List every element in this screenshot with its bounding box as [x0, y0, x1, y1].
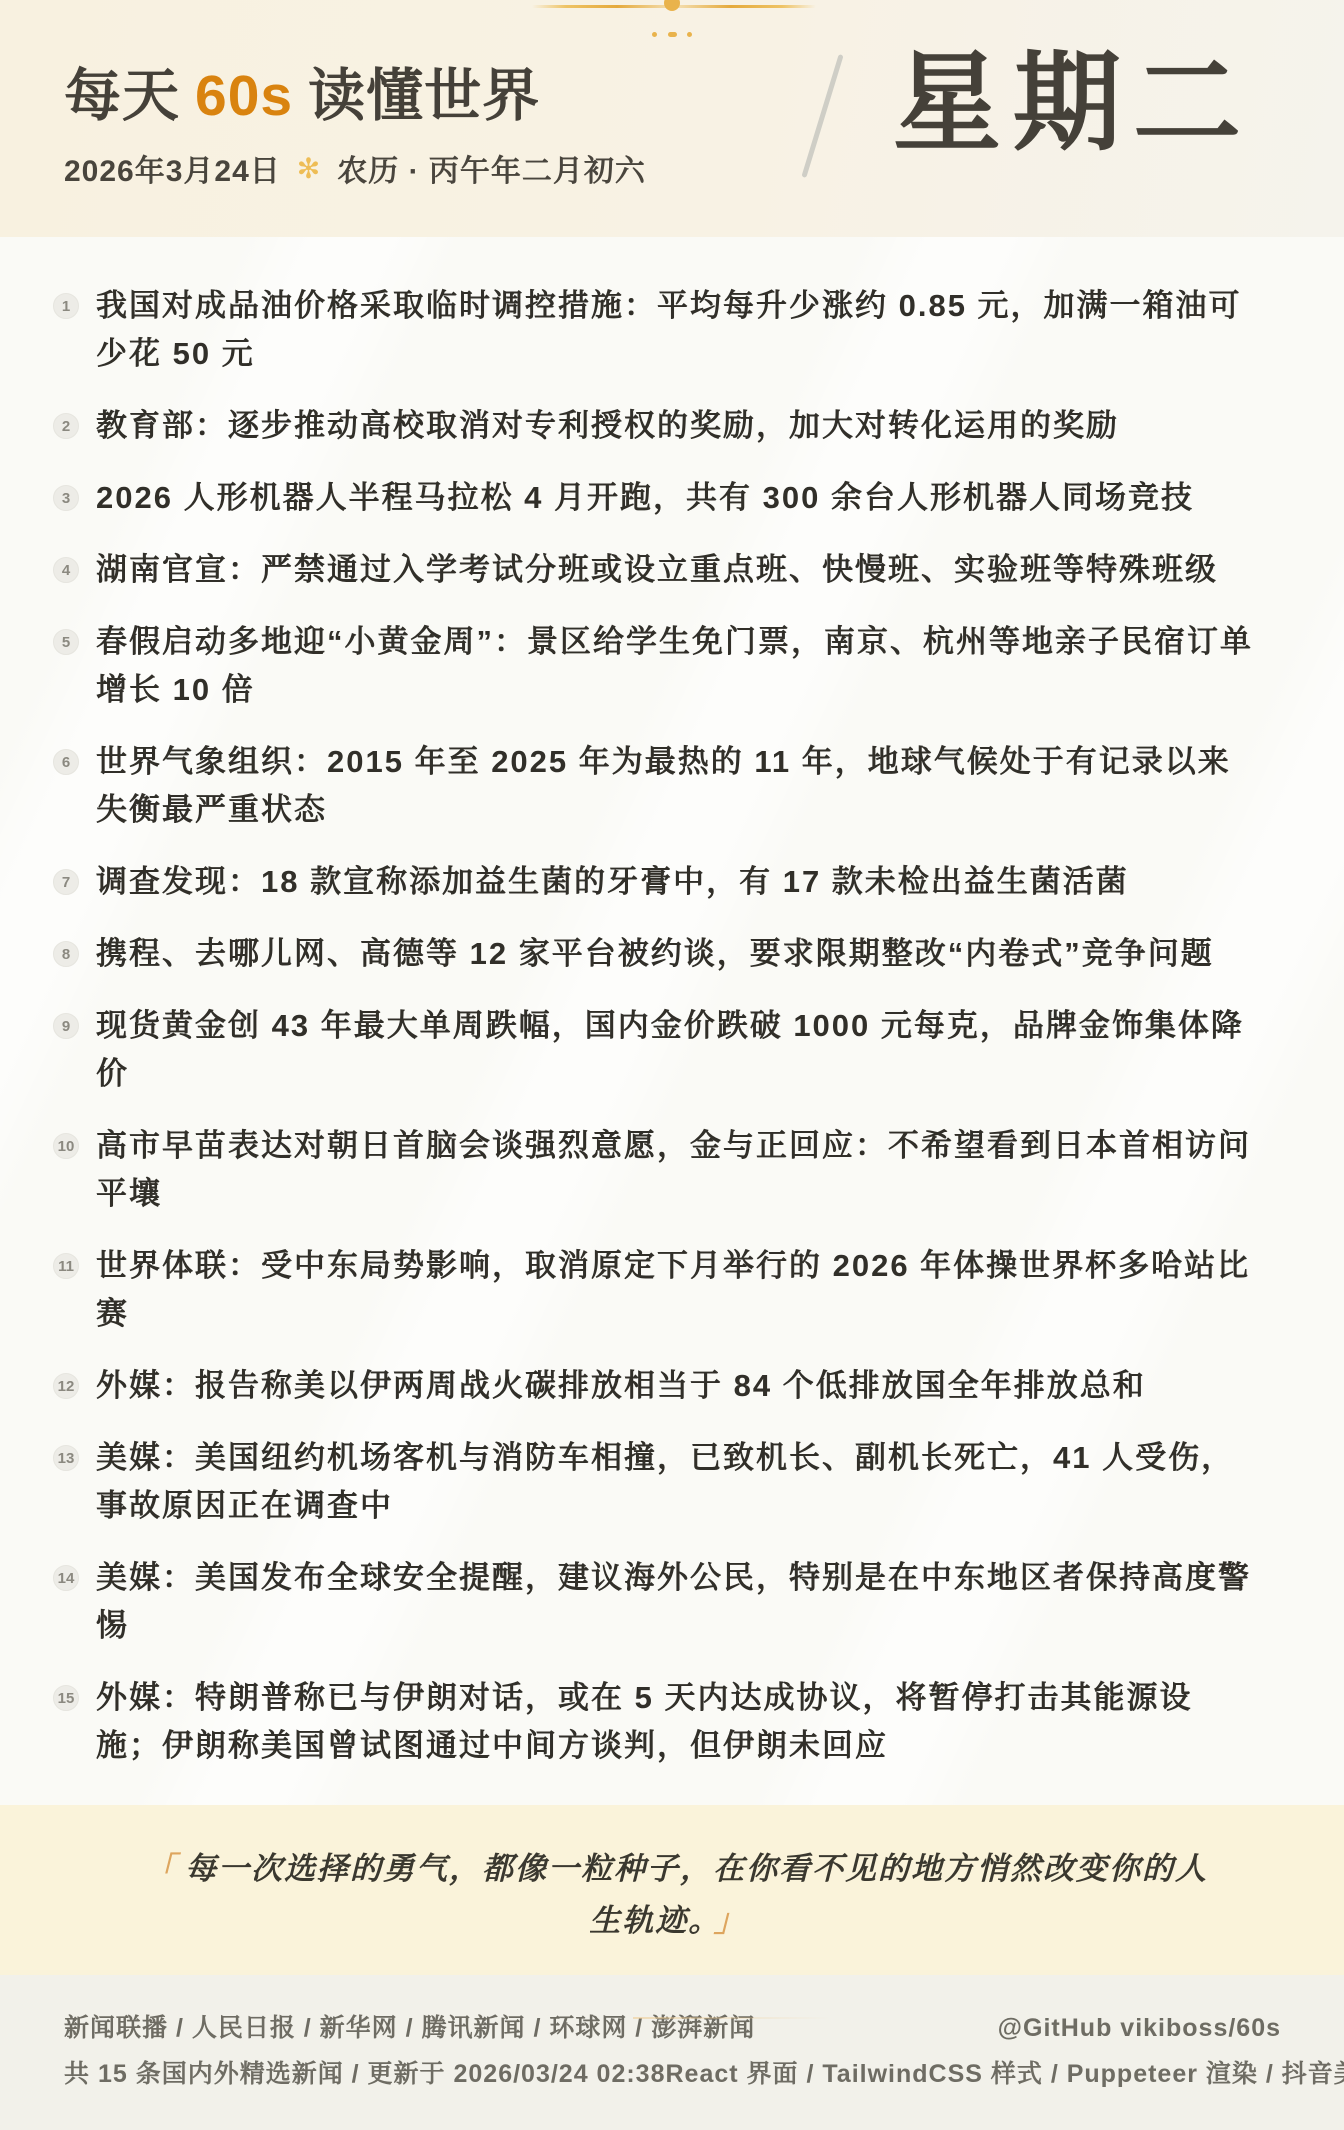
title-highlight: 60s	[195, 64, 293, 128]
weekday-label: 星期二	[893, 44, 1253, 163]
item-number-badge: 12	[53, 1373, 79, 1399]
item-number-badge: 11	[53, 1253, 79, 1279]
news-item-text: 美媒：美国纽约机场客机与消防车相撞，已致机长、副机长死亡，41 人受伤，事故原因…	[96, 1434, 1256, 1530]
daily-news-card: 每天60s读懂世界 2026年3月24日 ✻ 农历 · 丙午年二月初六 星期二 …	[0, 0, 1344, 2130]
date-row: 2026年3月24日 ✻ 农历 · 丙午年二月初六	[64, 146, 646, 190]
news-list: 1我国对成品油价格采取临时调控措施：平均每升少涨约 0.85 元，加满一箱油可少…	[0, 237, 1344, 1770]
footer-row-2: 共 15 条国内外精选新闻 / 更新于 2026/03/24 02:38 Rea…	[64, 2061, 1281, 2087]
item-number-badge: 8	[53, 941, 79, 967]
news-item: 5春假启动多地迎“小黄金周”：景区给学生免门票，南京、杭州等地亲子民宿订单增长 …	[53, 618, 1281, 714]
news-item-text: 春假启动多地迎“小黄金周”：景区给学生免门票，南京、杭州等地亲子民宿订单增长 1…	[96, 618, 1256, 714]
sun-dot-icon	[664, 0, 680, 11]
news-item: 4湖南官宣：严禁通过入学考试分班或设立重点班、快慢班、实验班等特殊班级	[53, 546, 1281, 594]
news-item: 12外媒：报告称美以伊两周战火碳排放相当于 84 个低排放国全年排放总和	[53, 1362, 1281, 1410]
title-suffix: 读懂世界	[308, 64, 540, 128]
page-title: 每天60s读懂世界	[64, 50, 540, 132]
news-item-text: 湖南官宣：严禁通过入学考试分班或设立重点班、快慢班、实验班等特殊班级	[96, 546, 1256, 594]
quote-close-bracket: 」	[714, 1903, 747, 1938]
news-item: 10高市早苗表达对朝日首脑会谈强烈意愿，金与正回应：不希望看到日本首相访问平壤	[53, 1122, 1281, 1218]
news-item-text: 世界体联：受中东局势影响，取消原定下月举行的 2026 年体操世界杯多哈站比赛	[96, 1242, 1256, 1338]
news-item-text: 外媒：特朗普称已与伊朗对话，或在 5 天内达成协议，将暂停打击其能源设施；伊朗称…	[96, 1674, 1256, 1770]
item-number-badge: 1	[53, 293, 79, 319]
item-number-badge: 2	[53, 413, 79, 439]
news-item-text: 教育部：逐步推动高校取消对专利授权的奖励，加大对转化运用的奖励	[96, 402, 1256, 450]
item-number-badge: 13	[53, 1445, 79, 1471]
footer-tech: React 界面 / TailwindCSS 样式 / Puppeteer 渲染…	[666, 2061, 1344, 2087]
footer: 新闻联播 / 人民日报 / 新华网 / 腾讯新闻 / 环球网 / 澎湃新闻 @G…	[0, 1975, 1344, 2130]
title-prefix: 每天	[64, 64, 180, 128]
lunar-date: 农历 · 丙午年二月初六	[337, 146, 646, 190]
news-list-section: 1我国对成品油价格采取临时调控措施：平均每升少涨约 0.85 元，加满一箱油可少…	[0, 237, 1344, 1805]
quote-open-bracket: 「	[144, 1851, 177, 1886]
daily-quote: 「每一次选择的勇气，都像一粒种子，在你看不见的地方悄然改变你的人生轨迹。」	[127, 1843, 1217, 1947]
news-item-text: 外媒：报告称美以伊两周战火碳排放相当于 84 个低排放国全年排放总和	[96, 1362, 1256, 1410]
item-number-badge: 15	[53, 1685, 79, 1711]
news-item: 11世界体联：受中东局势影响，取消原定下月举行的 2026 年体操世界杯多哈站比…	[53, 1242, 1281, 1338]
item-number-badge: 3	[53, 485, 79, 511]
news-item: 6世界气象组织：2015 年至 2025 年为最热的 11 年，地球气候处于有记…	[53, 738, 1281, 834]
news-item: 15外媒：特朗普称已与伊朗对话，或在 5 天内达成协议，将暂停打击其能源设施；伊…	[53, 1674, 1281, 1770]
news-item: 14美媒：美国发布全球安全提醒，建议海外公民，特别是在中东地区者保持高度警惕	[53, 1554, 1281, 1650]
news-item: 32026 人形机器人半程马拉松 4 月开跑，共有 300 余台人形机器人同场竞…	[53, 474, 1281, 522]
news-item-text: 现货黄金创 43 年最大单周跌幅，国内金价跌破 1000 元每克，品牌金饰集体降…	[96, 1002, 1256, 1098]
news-item: 8携程、去哪儿网、高德等 12 家平台被约谈，要求限期整改“内卷式”竞争问题	[53, 930, 1281, 978]
item-number-badge: 5	[53, 629, 79, 655]
ornament-dots-icon	[652, 31, 692, 37]
news-item-text: 调查发现：18 款宣称添加益生菌的牙膏中，有 17 款未检出益生菌活菌	[96, 858, 1256, 906]
footer-github: @GitHub vikiboss/60s	[998, 2015, 1281, 2041]
item-number-badge: 6	[53, 749, 79, 775]
item-number-badge: 4	[53, 557, 79, 583]
news-item-text: 我国对成品油价格采取临时调控措施：平均每升少涨约 0.85 元，加满一箱油可少花…	[96, 282, 1256, 378]
item-number-badge: 9	[53, 1013, 79, 1039]
news-item: 2教育部：逐步推动高校取消对专利授权的奖励，加大对转化运用的奖励	[53, 402, 1281, 450]
quote-section: 「每一次选择的勇气，都像一粒种子，在你看不见的地方悄然改变你的人生轨迹。」	[0, 1805, 1344, 1975]
footer-summary: 共 15 条国内外精选新闻 / 更新于 2026/03/24 02:38	[64, 2061, 666, 2087]
gregorian-date: 2026年3月24日	[64, 146, 281, 190]
news-item-text: 携程、去哪儿网、高德等 12 家平台被约谈，要求限期整改“内卷式”竞争问题	[96, 930, 1256, 978]
news-item: 9现货黄金创 43 年最大单周跌幅，国内金价跌破 1000 元每克，品牌金饰集体…	[53, 1002, 1281, 1098]
news-item: 1我国对成品油价格采取临时调控措施：平均每升少涨约 0.85 元，加满一箱油可少…	[53, 282, 1281, 378]
news-item: 13美媒：美国纽约机场客机与消防车相撞，已致机长、副机长死亡，41 人受伤，事故…	[53, 1434, 1281, 1530]
news-item: 7调查发现：18 款宣称添加益生菌的牙膏中，有 17 款未检出益生菌活菌	[53, 858, 1281, 906]
quote-text: 每一次选择的勇气，都像一粒种子，在你看不见的地方悄然改变你的人生轨迹。	[185, 1851, 1208, 1938]
news-item-text: 世界气象组织：2015 年至 2025 年为最热的 11 年，地球气候处于有记录…	[96, 738, 1256, 834]
item-number-badge: 7	[53, 869, 79, 895]
item-number-badge: 14	[53, 1565, 79, 1591]
item-number-badge: 10	[53, 1133, 79, 1159]
news-item-text: 高市早苗表达对朝日首脑会谈强烈意愿，金与正回应：不希望看到日本首相访问平壤	[96, 1122, 1256, 1218]
news-item-text: 2026 人形机器人半程马拉松 4 月开跑，共有 300 余台人形机器人同场竞技	[96, 474, 1256, 522]
slash-divider	[801, 54, 843, 178]
news-item-text: 美媒：美国发布全球安全提醒，建议海外公民，特别是在中东地区者保持高度警惕	[96, 1554, 1256, 1650]
header: 每天60s读懂世界 2026年3月24日 ✻ 农历 · 丙午年二月初六 星期二	[0, 0, 1344, 237]
footer-decorative-line	[633, 2017, 830, 2019]
asterisk-icon: ✻	[297, 152, 321, 185]
